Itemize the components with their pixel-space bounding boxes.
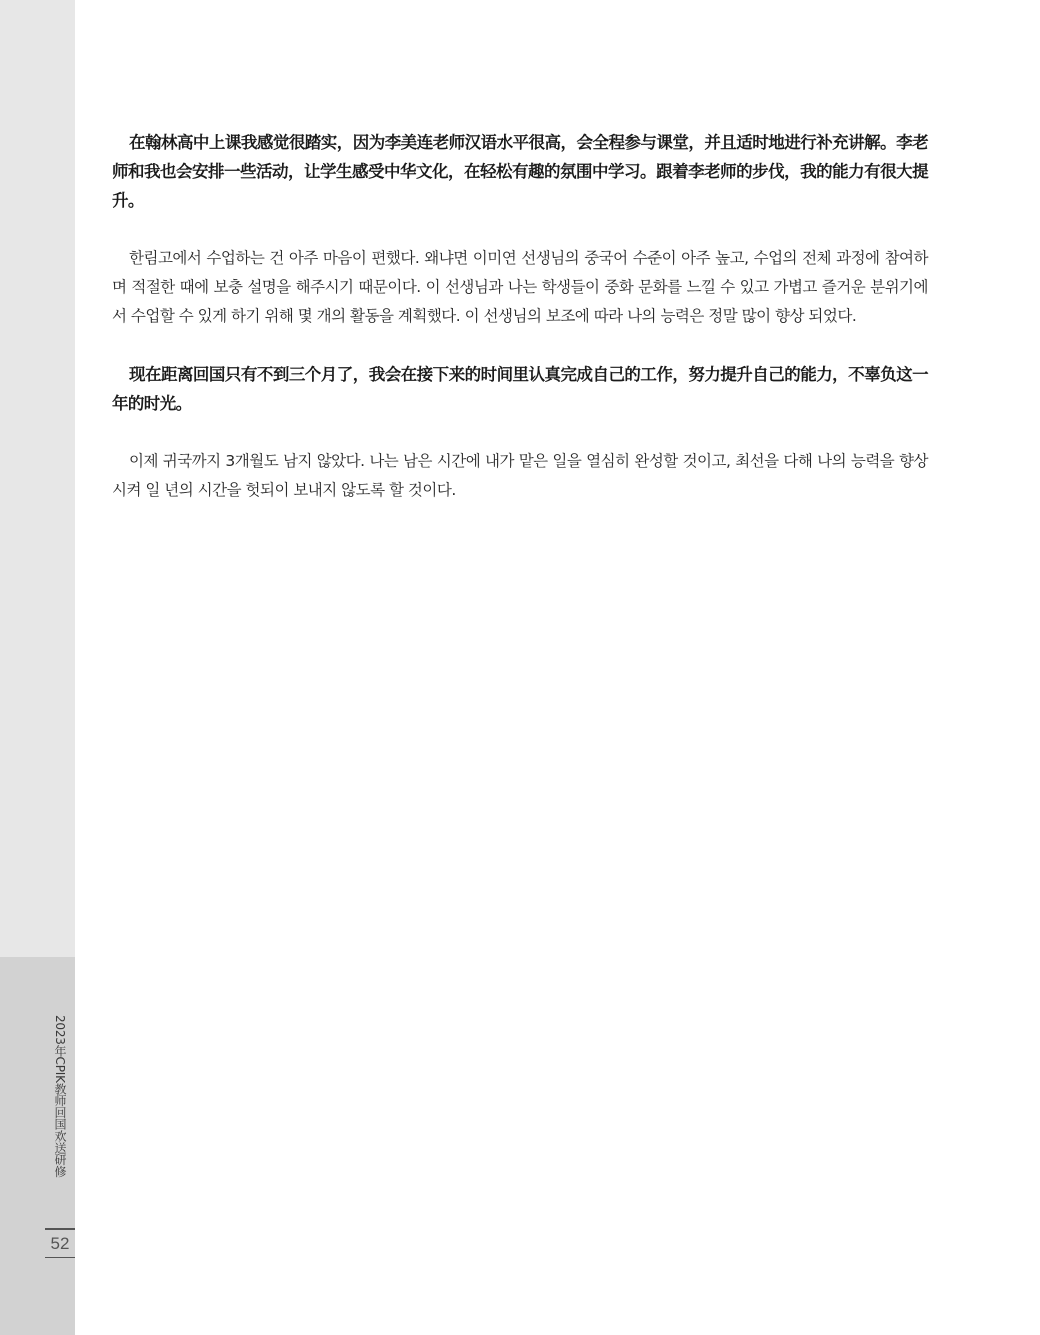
running-title: 2023年CPIK教师回国欢送研修 <box>51 1015 69 1191</box>
body-content: 在翰林高中上课我感觉很踏实，因为李美连老师汉语水平很高，会全程参与课堂，并且适时… <box>112 128 928 534</box>
paragraph-zh-1: 在翰林高中上课我感觉很踏实，因为李美连老师汉语水平很高，会全程参与课堂，并且适时… <box>112 128 928 215</box>
page-number-box: 52 <box>45 1228 75 1258</box>
page-number: 52 <box>45 1230 75 1257</box>
paragraph-zh-2: 现在距离回国只有不到三个月了，我会在接下来的时间里认真完成自己的工作，努力提升自… <box>112 360 928 418</box>
paragraph-ko-1: 한림고에서 수업하는 건 아주 마음이 편했다. 왜냐면 이미연 선생님의 중국… <box>112 244 928 331</box>
paragraph-ko-2: 이제 귀국까지 3개월도 남지 않았다. 나는 남은 시간에 내가 맡은 일을 … <box>112 447 928 505</box>
